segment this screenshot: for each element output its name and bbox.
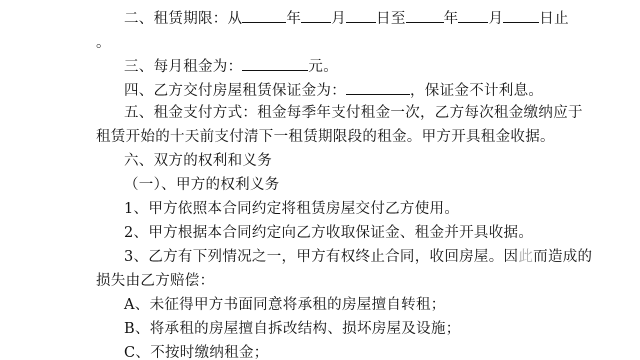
clause-3-text-rest: 而造成的: [533, 249, 592, 265]
contract-page: 二、租赁期限：从年月日至年月日止 。 三、每月租金为：元。 四、乙方交付房屋租赁…: [0, 0, 640, 360]
end-day-blank: [503, 8, 539, 23]
faded-char: 此: [518, 249, 533, 265]
deposit-line: 四、乙方交付房屋租赁保证金为：，保证金不计利息。: [124, 80, 543, 100]
day-to-label: 日至: [376, 11, 406, 27]
clause-b: B、将承租的房屋擅自拆改结构、损坏房屋及设施；: [124, 320, 461, 338]
clause-1: 1、甲方依照本合同约定将租赁房屋交付乙方使用。: [124, 200, 459, 218]
currency-unit: 元。: [308, 59, 338, 75]
start-day-blank: [346, 8, 376, 23]
payment-method-line-1: 五、租金支付方式：租金每季年支付租金一次，乙方每次租金缴纳应于: [124, 104, 583, 122]
rights-heading: 六、双方的权利和义务: [124, 152, 272, 170]
year-label: 年: [444, 11, 459, 27]
payment-method-line-2: 租赁开始的十天前支付清下一租赁期限段的租金。甲方开具租金收据。: [96, 128, 555, 146]
monthly-rent-line: 三、每月租金为：元。: [124, 56, 338, 76]
party-a-heading: （一）、甲方的权利义务: [124, 176, 280, 194]
end-year-blank: [406, 8, 444, 23]
deposit-note: ，保证金不计利息。: [410, 83, 543, 99]
start-month-blank: [301, 8, 331, 23]
clause-a: A、未征得甲方书面同意将承租的房屋擅自转租；: [124, 296, 446, 314]
lease-term-line: 二、租赁期限：从年月日至年月日止: [124, 8, 569, 28]
clause-2: 2、甲方根据本合同约定向乙方收取保证金、租金并开具收据。: [124, 224, 533, 242]
start-year-blank: [242, 8, 286, 23]
clause-3-text: 3、乙方有下列情况之一，甲方有权终止合同，收回房屋。因: [124, 249, 518, 265]
monthly-rent-blank: [242, 56, 308, 71]
clause-c: C、不按时缴纳租金；: [124, 344, 269, 360]
deposit-blank: [346, 80, 410, 95]
year-label: 年: [286, 11, 301, 27]
clause-3-line-1: 3、乙方有下列情况之一，甲方有权终止合同，收回房屋。因此而造成的: [124, 248, 592, 266]
month-label: 月: [488, 11, 503, 27]
month-label: 月: [331, 11, 346, 27]
monthly-rent-label: 三、每月租金为：: [124, 59, 242, 75]
deposit-label: 四、乙方交付房屋租赁保证金为：: [124, 83, 346, 99]
lease-term-period: 。: [96, 34, 111, 52]
clause-3-line-2: 损失由乙方赔偿：: [96, 272, 214, 290]
day-end-label: 日止: [539, 11, 569, 27]
end-month-blank: [458, 8, 488, 23]
lease-term-label: 二、租赁期限：从: [124, 11, 242, 27]
